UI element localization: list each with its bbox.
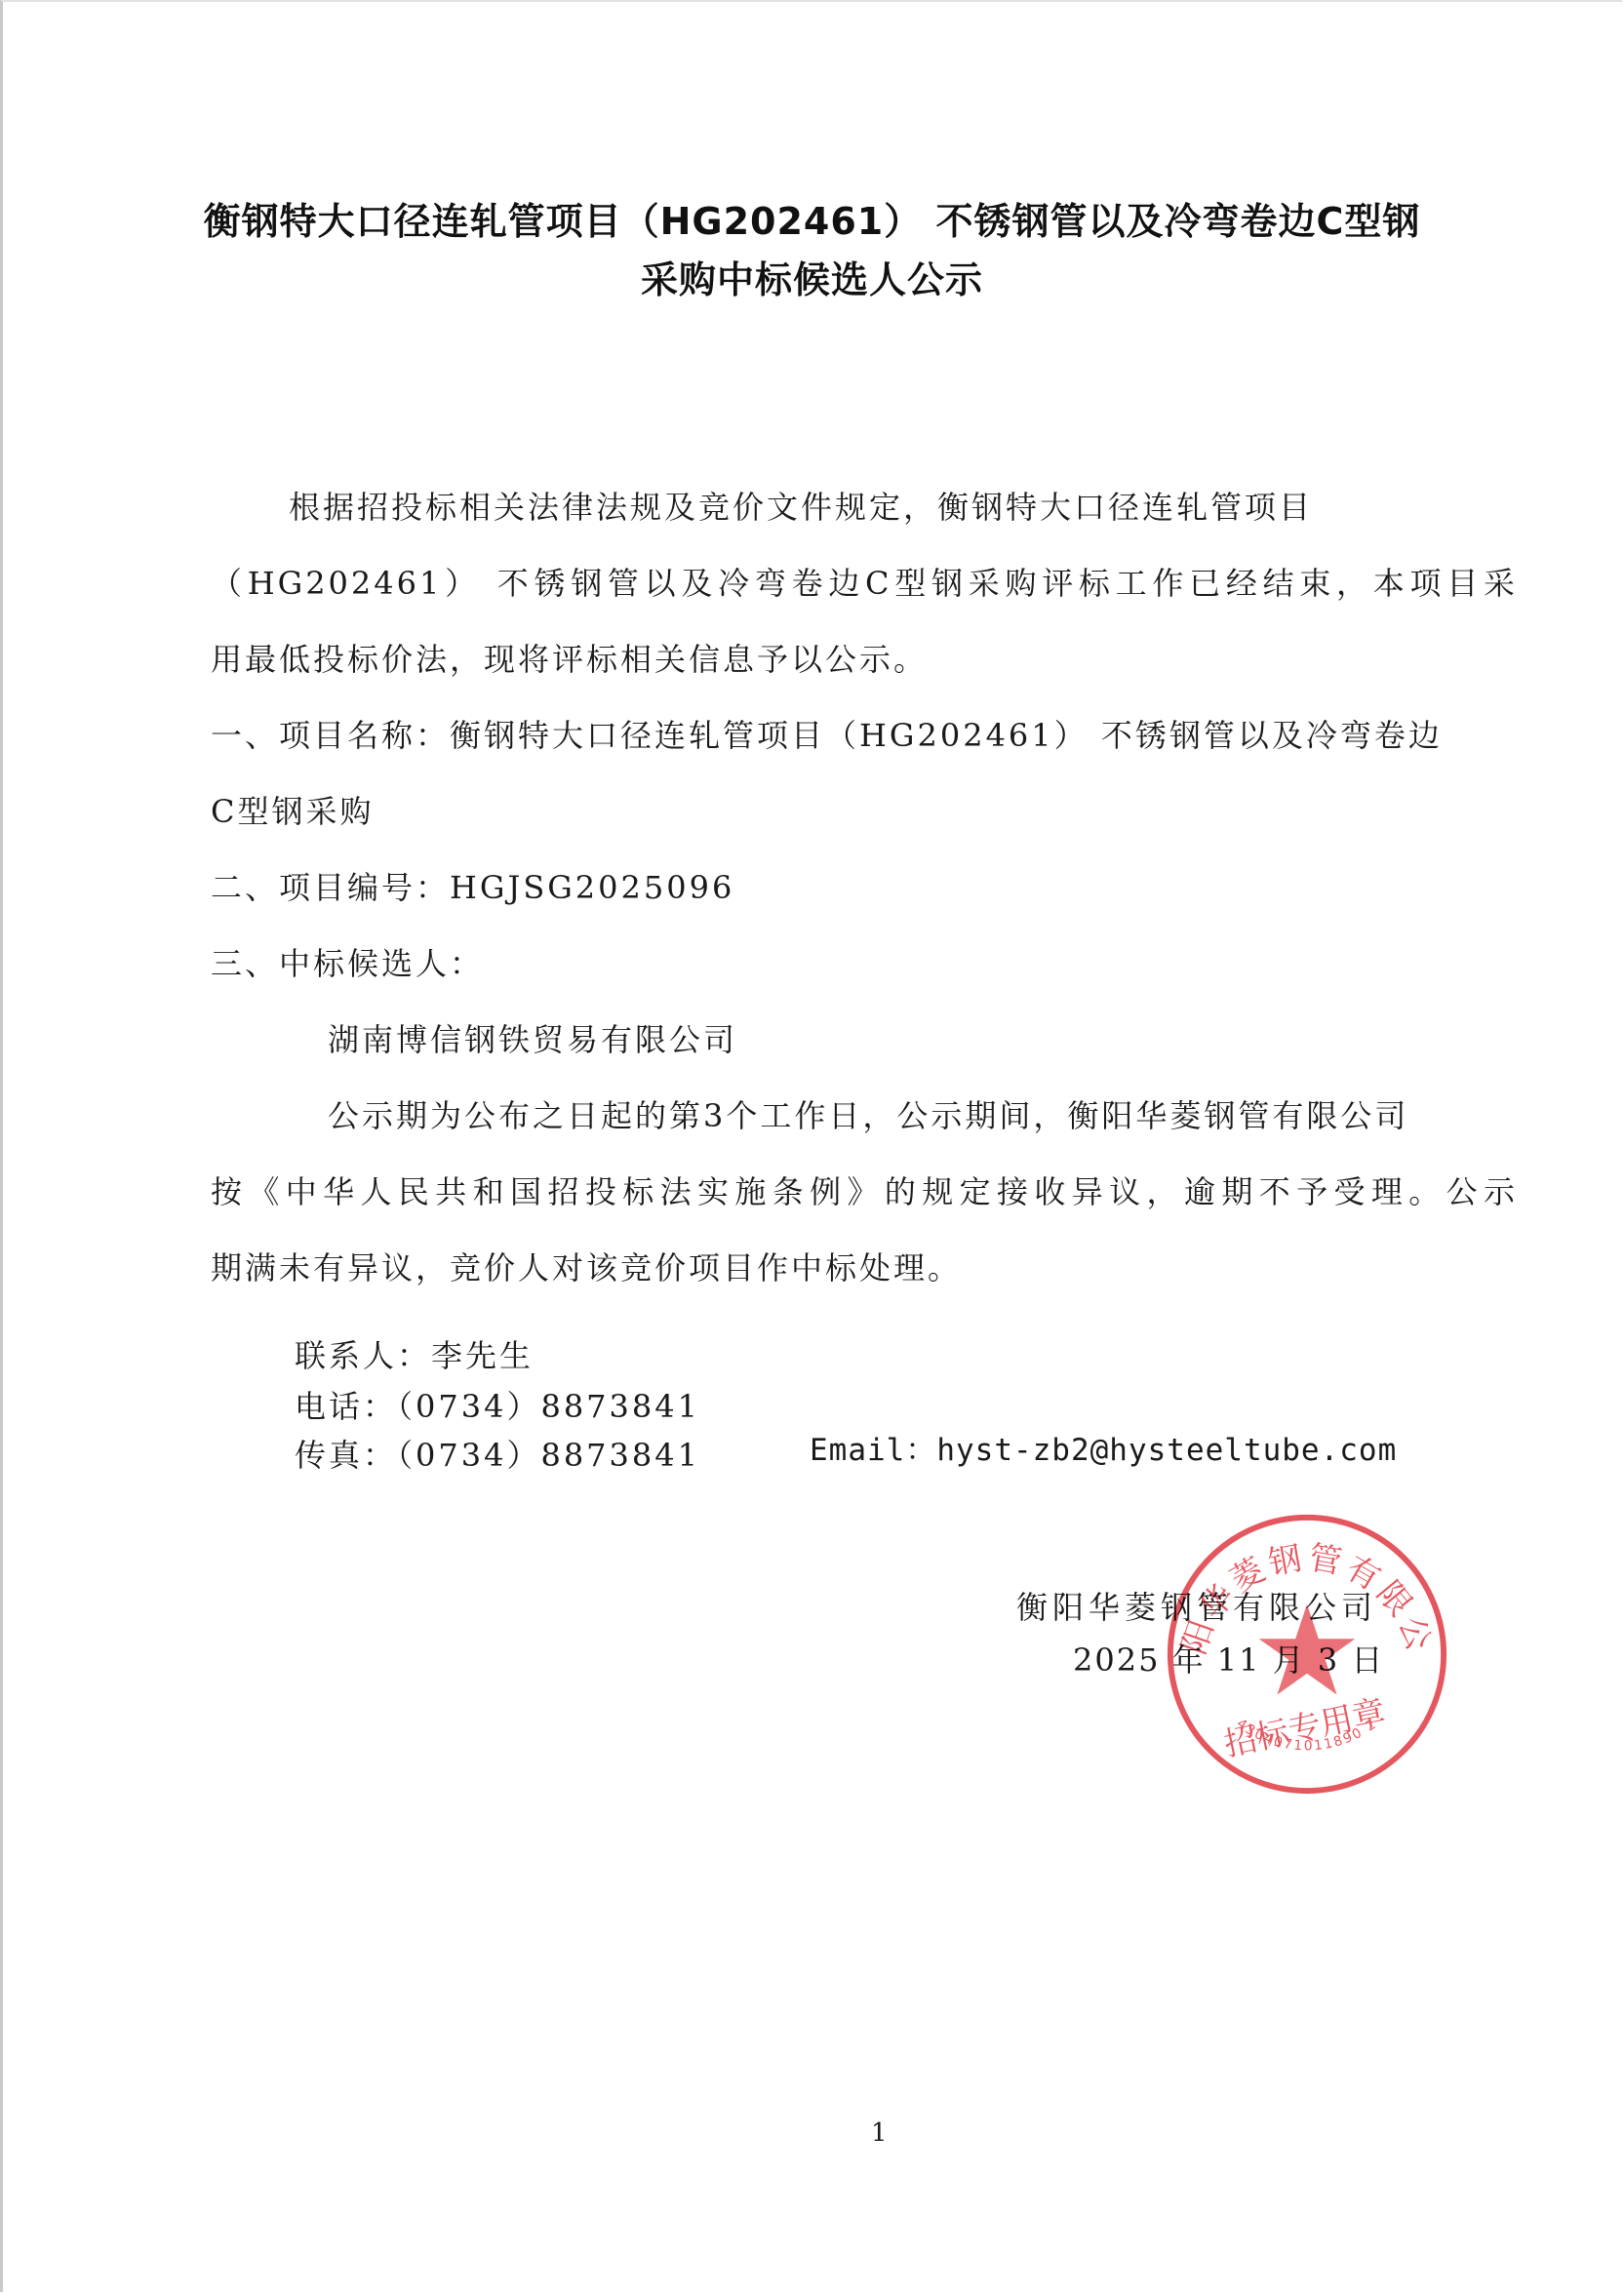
- contact-email-label: Email：: [810, 1433, 936, 1468]
- page-number: 1: [871, 2118, 888, 2148]
- section-candidate-label: 三、中标候选人：: [211, 944, 484, 983]
- contact-fax: 传真：（0734）8873841: [295, 1436, 700, 1475]
- section-project-name-value: 衡钢特大口径连轧管项目（HG202461） 不锈钢管以及冷弯卷边: [450, 717, 1443, 754]
- document-title-line-2: 采购中标候选人公示: [146, 250, 1478, 303]
- contact-phone-value: （0734）8873841: [397, 1388, 700, 1425]
- section-project-number: 二、项目编号：HGJSG2025096: [211, 868, 734, 907]
- contact-email: Email：hyst-zb2@hysteeltube.com: [810, 1431, 1397, 1470]
- signature-date: 2025 年 11 月 3 日: [1073, 1641, 1384, 1680]
- intro-line-3: 用最低投标价法，现将评标相关信息予以公示。: [211, 640, 928, 679]
- candidate-name: 湖南博信钢铁贸易有限公司: [328, 1020, 737, 1059]
- intro-line-1: 根据招投标相关法律法规及竞价文件规定，衡钢特大口径连轧管项目: [289, 488, 1313, 527]
- signature-company: 衡阳华菱钢管有限公司: [1016, 1588, 1377, 1627]
- contact-email-value: hyst-zb2@hysteeltube.com: [936, 1433, 1397, 1468]
- contact-person-label: 联系人：: [295, 1337, 431, 1374]
- intro-line-2: （HG202461） 不锈钢管以及冷弯卷边C型钢采购评标工作已经结束，本项目采: [211, 564, 1518, 603]
- document-title-line-1: 衡钢特大口径连轧管项目（HG202461） 不锈钢管以及冷弯卷边C型钢: [146, 191, 1478, 245]
- contact-fax-label: 传真：: [295, 1437, 397, 1474]
- contact-fax-value: （0734）8873841: [397, 1437, 700, 1474]
- section-project-number-value: HGJSG2025096: [450, 869, 734, 906]
- contact-phone: 电话：（0734）8873841: [295, 1387, 700, 1426]
- page-border: [0, 0, 1622, 2292]
- notice-line-2: 按《中华人民共和国招投标法实施条例》的规定接收异议，逾期不予受理。公示: [211, 1172, 1518, 1211]
- section-project-name-continued: C型钢采购: [211, 792, 375, 831]
- contact-person-value: 李先生: [431, 1337, 534, 1374]
- section-project-number-label: 二、项目编号：: [211, 869, 450, 906]
- contact-phone-label: 电话：: [295, 1388, 397, 1425]
- notice-line-1: 公示期为公布之日起的第3个工作日，公示期间，衡阳华菱钢管有限公司: [328, 1096, 1408, 1135]
- section-project-name-label: 一、项目名称：: [211, 717, 450, 754]
- section-project-name: 一、项目名称：衡钢特大口径连轧管项目（HG202461） 不锈钢管以及冷弯卷边: [211, 716, 1443, 755]
- notice-line-3: 期满未有异议，竞价人对该竞价项目作中标处理。: [211, 1248, 962, 1287]
- contact-person: 联系人：李先生: [295, 1336, 534, 1375]
